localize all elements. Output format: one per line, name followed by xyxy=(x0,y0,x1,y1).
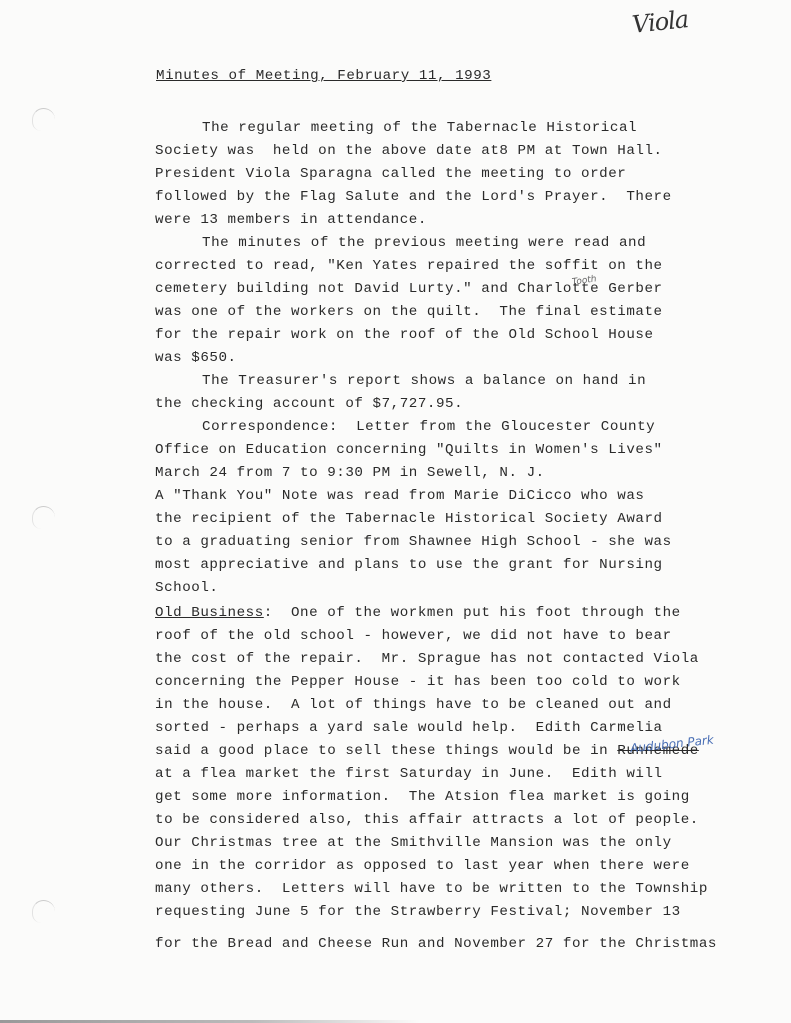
text-line: Office on Education concerning "Quilts i… xyxy=(155,441,663,459)
text-line: Our Christmas tree at the Smithville Man… xyxy=(155,834,672,852)
text-line: to be considered also, this affair attra… xyxy=(155,811,699,829)
text-line: Correspondence: Letter from the Gloucest… xyxy=(202,418,655,436)
text-line: were 13 members in attendance. xyxy=(155,211,427,229)
text-line-rest: : One of the workmen put his foot throug… xyxy=(264,605,681,621)
text-line: many others. Letters will have to be wri… xyxy=(155,880,708,898)
document-title: Minutes of Meeting, February 11, 1993 xyxy=(156,68,491,84)
text-line: sorted - perhaps a yard sale would help.… xyxy=(155,719,663,737)
text-line: The regular meeting of the Tabernacle Hi… xyxy=(202,119,637,137)
punch-hole-mark xyxy=(32,900,55,923)
text-line: requesting June 5 for the Strawberry Fes… xyxy=(155,903,681,921)
text-line: The Treasurer's report shows a balance o… xyxy=(202,372,646,390)
text-line-start: said a good place to sell these things w… xyxy=(155,743,617,759)
text-line: The minutes of the previous meeting were… xyxy=(202,234,646,252)
text-line: one in the corridor as opposed to last y… xyxy=(155,857,690,875)
text-line: said a good place to sell these things w… xyxy=(155,742,699,760)
old-business-heading: Old Business xyxy=(155,605,264,621)
text-line: President Viola Sparagna called the meet… xyxy=(155,165,626,183)
text-line: Old Business: One of the workmen put his… xyxy=(155,604,681,622)
document-page: Viola Minutes of Meeting, February 11, 1… xyxy=(0,0,791,1023)
punch-hole-mark xyxy=(32,108,55,131)
text-line: most appreciative and plans to use the g… xyxy=(155,556,663,574)
text-line: to a graduating senior from Shawnee High… xyxy=(155,533,672,551)
text-line: the checking account of $7,727.95. xyxy=(155,395,463,413)
text-line: roof of the old school - however, we did… xyxy=(155,627,672,645)
text-line: Society was held on the above date at8 P… xyxy=(155,142,663,160)
text-line: A "Thank You" Note was read from Marie D… xyxy=(155,487,644,505)
text-line: School. xyxy=(155,579,218,597)
text-line: corrected to read, "Ken Yates repaired t… xyxy=(155,257,663,275)
text-line: get some more information. The Atsion fl… xyxy=(155,788,690,806)
punch-hole-mark xyxy=(32,506,55,529)
text-line: was $650. xyxy=(155,349,237,367)
text-line: in the house. A lot of things have to be… xyxy=(155,696,672,714)
text-line: the cost of the repair. Mr. Sprague has … xyxy=(155,650,699,668)
text-line: was one of the workers on the quilt. The… xyxy=(155,303,663,321)
text-line: the recipient of the Tabernacle Historic… xyxy=(155,510,663,528)
text-line: at a flea market the first Saturday in J… xyxy=(155,765,663,783)
text-line: for the repair work on the roof of the O… xyxy=(155,326,654,344)
text-line: concerning the Pepper House - it has bee… xyxy=(155,673,681,691)
text-line: March 24 from 7 to 9:30 PM in Sewell, N.… xyxy=(155,464,545,482)
text-line: for the Bread and Cheese Run and Novembe… xyxy=(155,935,717,953)
text-line: followed by the Flag Salute and the Lord… xyxy=(155,188,672,206)
handwritten-signature: Viola xyxy=(631,5,690,39)
